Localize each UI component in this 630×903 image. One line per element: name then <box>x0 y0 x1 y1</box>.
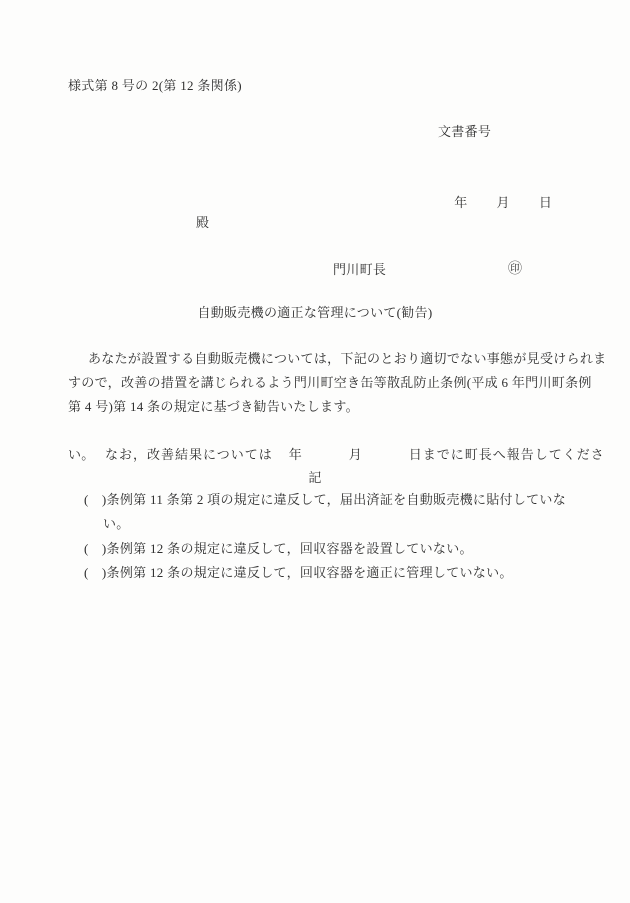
document-number-label: 文書番号 <box>438 120 491 144</box>
note-day-and-rest: 日までに町長へ報告してくださ <box>409 447 605 462</box>
note-month-label: 月 <box>349 447 363 462</box>
note-continuation: い。 <box>68 443 95 467</box>
date-line: 年月日 <box>440 167 552 239</box>
checklist-item-1-line-1: ( )条例第 11 条第 2 項の規定に違反して，届出済証を自動販売機に貼付して… <box>84 488 566 512</box>
sender-row: 門川町長 ㊞ <box>0 258 630 282</box>
checklist-item-1-line-2: い。 <box>103 512 130 536</box>
note-year-label: 年 <box>289 447 303 462</box>
body-line-3: 第 4 号)第 14 条の規定に基づき勧告いたします。 <box>68 395 359 419</box>
seal-mark: ㊞ <box>508 258 522 278</box>
body-line-1: あなたが設置する自動販売機については，下記のとおり適切でない事態が見受けられま <box>88 347 606 371</box>
sender-title: 門川町長 <box>333 258 386 282</box>
record-heading: 記 <box>0 466 630 490</box>
document-page: 様式第 8 号の 2(第 12 条関係) 文書番号 年月日 殿 門川町長 ㊞ 自… <box>0 0 630 903</box>
checklist-item-3: ( )条例第 12 条の規定に違反して，回収容器を適正に管理していない。 <box>84 561 513 585</box>
body-line-2: すので，改善の措置を講じられるよう門川町空き缶等散乱防止条例(平成 6 年門川町… <box>68 371 592 395</box>
addressee-honorific: 殿 <box>196 211 209 235</box>
date-month-label: 月 <box>497 195 510 210</box>
form-number: 様式第 8 号の 2(第 12 条関係) <box>68 74 242 98</box>
date-day-label: 日 <box>539 195 552 210</box>
date-year-label: 年 <box>454 195 467 210</box>
document-title: 自動販売機の適正な管理について(勧告) <box>0 301 630 325</box>
note-prefix: なお，改善結果については <box>105 447 273 462</box>
checklist-item-2: ( )条例第 12 条の規定に違反して，回収容器を設置していない。 <box>84 537 473 561</box>
